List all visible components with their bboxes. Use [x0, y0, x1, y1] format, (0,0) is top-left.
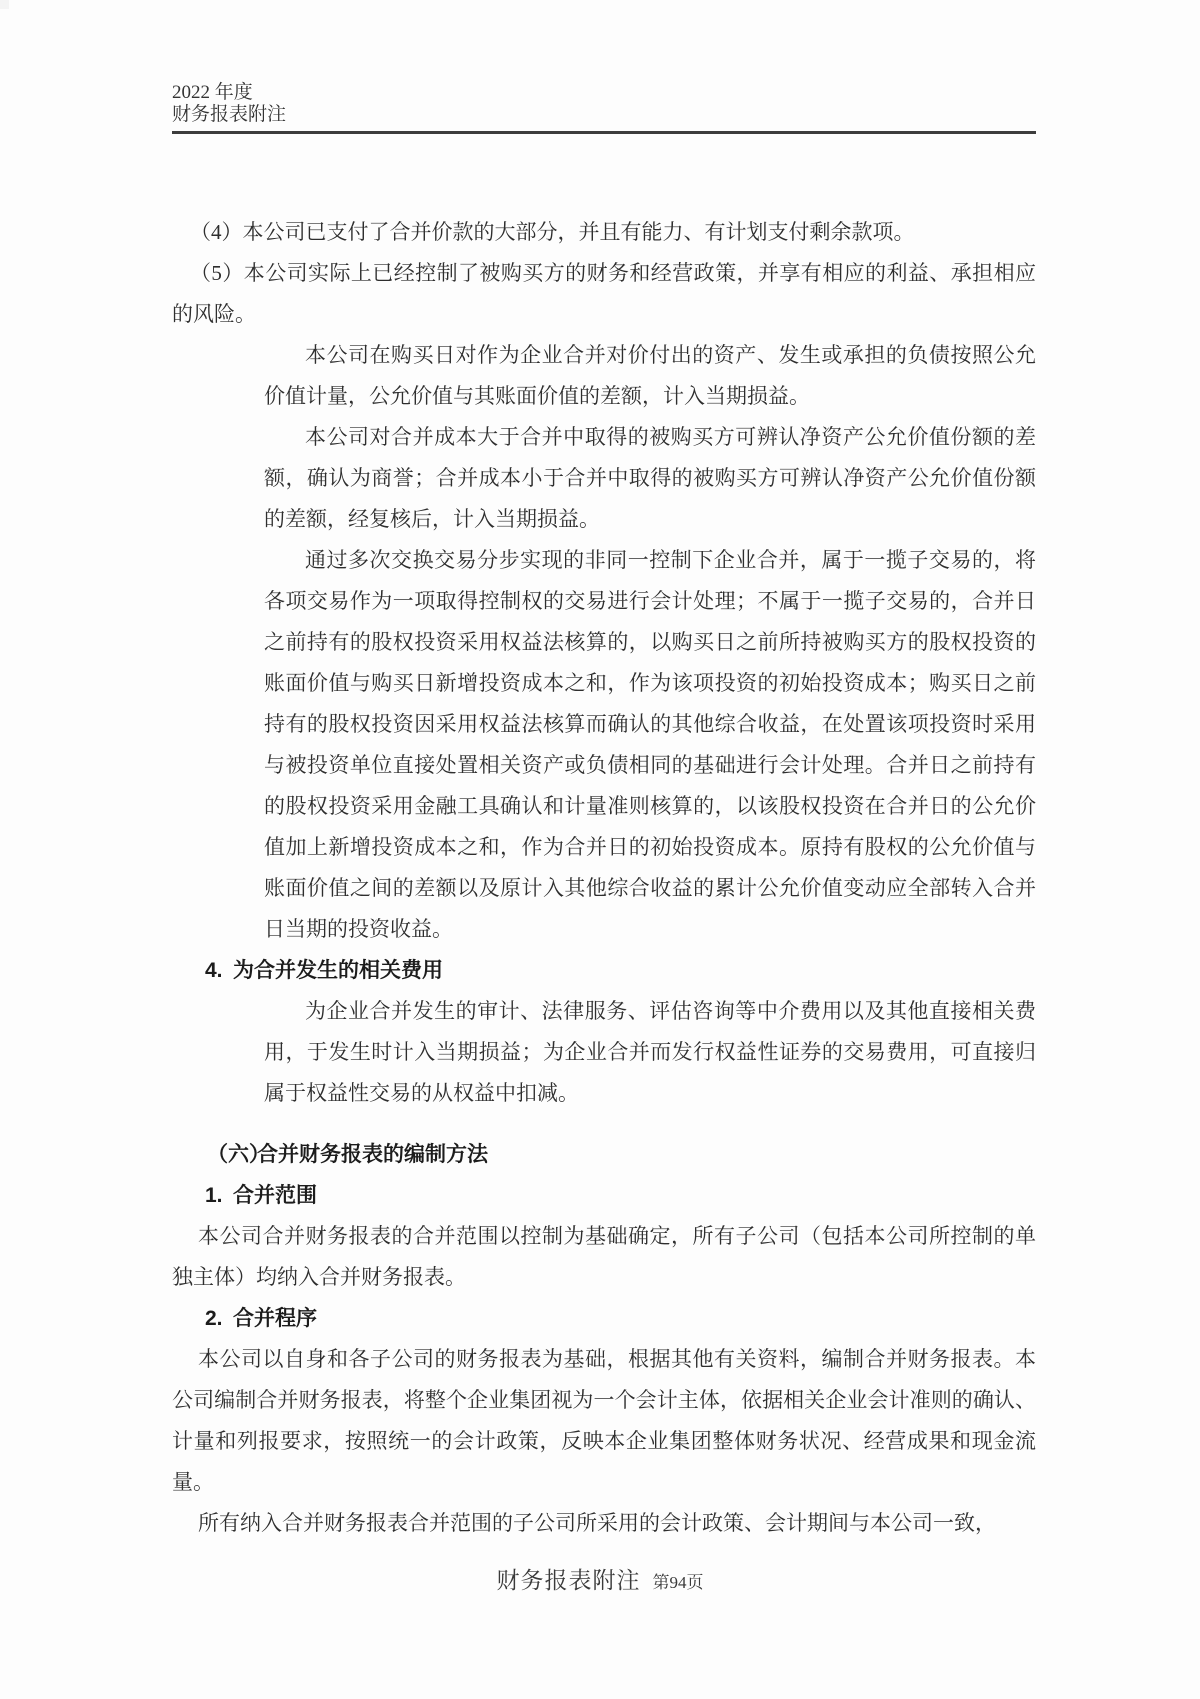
heading-section-six: （六）合并财务报表的编制方法	[172, 1134, 1036, 1175]
heading-number: 2.	[205, 1298, 233, 1339]
paragraph-item-5: （5）本公司实际上已经控制了被购买方的财务和经营政策，并享有相应的利益、承担相应…	[172, 253, 1036, 335]
header-year: 2022 年度	[172, 82, 1036, 104]
scan-artifact	[0, 0, 9, 9]
header-doc-title: 财务报表附注	[172, 104, 1036, 126]
heading-title: 合并财务报表的编制方法	[257, 1143, 488, 1166]
paragraph-item-4: （4）本公司已支付了合并价款的大部分，并且有能力、有计划支付剩余款项。	[172, 212, 1036, 253]
paragraph-consolidation-procedure: 本公司以自身和各子公司的财务报表为基础，根据其他有关资料，编制合并财务报表。本公…	[172, 1339, 1036, 1503]
heading-number: （六）	[207, 1134, 257, 1175]
heading-consolidation-procedure: 2.合并程序	[172, 1298, 1036, 1339]
footer-page-number: 第94页	[653, 1573, 704, 1592]
paragraph-goodwill-recognition: 本公司对合并成本大于合并中取得的被购买方可辨认净资产公允价值份额的差额，确认为商…	[264, 417, 1036, 540]
paragraph-subsidiary-policies: 所有纳入合并财务报表合并范围的子公司所采用的会计政策、会计期间与本公司一致，	[172, 1503, 1036, 1544]
paragraph-step-acquisition: 通过多次交换交易分步实现的非同一控制下企业合并，属于一揽子交易的，将各项交易作为…	[264, 540, 1036, 950]
heading-title: 合并范围	[233, 1184, 317, 1207]
document-body: （4）本公司已支付了合并价款的大部分，并且有能力、有计划支付剩余款项。 （5）本…	[172, 212, 1036, 1544]
heading-consolidation-scope: 1.合并范围	[172, 1175, 1036, 1216]
heading-merger-related-costs: 4.为合并发生的相关费用	[172, 950, 1036, 991]
paragraph-fair-value-measurement: 本公司在购买日对作为企业合并对价付出的资产、发生或承担的负债按照公允价值计量，公…	[264, 335, 1036, 417]
paragraph-consolidation-scope: 本公司合并财务报表的合并范围以控制为基础确定，所有子公司（包括本公司所控制的单独…	[172, 1216, 1036, 1298]
page-header: 2022 年度 财务报表附注	[172, 82, 1036, 134]
document-page: 2022 年度 财务报表附注 （4）本公司已支付了合并价款的大部分，并且有能力、…	[0, 0, 1200, 1699]
heading-title: 为合并发生的相关费用	[233, 959, 443, 982]
heading-number: 1.	[205, 1175, 233, 1216]
heading-title: 合并程序	[233, 1307, 317, 1330]
heading-number: 4.	[205, 950, 233, 991]
page-footer: 财务报表附注第94页	[0, 1562, 1200, 1595]
paragraph-intermediary-fees: 为企业合并发生的审计、法律服务、评估咨询等中介费用以及其他直接相关费用，于发生时…	[264, 991, 1036, 1114]
footer-doc-title: 财务报表附注	[497, 1568, 641, 1593]
